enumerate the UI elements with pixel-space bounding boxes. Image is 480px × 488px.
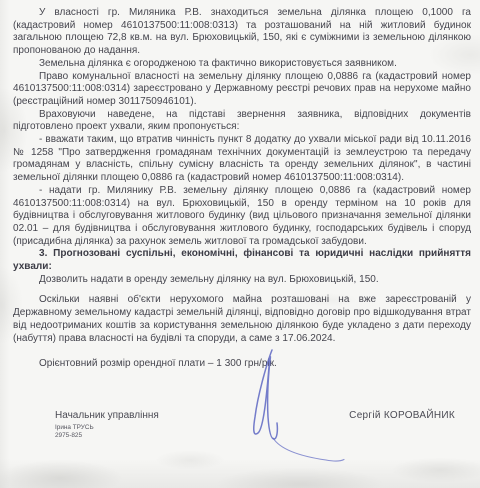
paragraph-compensation-agreement: Оскільки наявні об'єкти нерухомого майна…	[13, 294, 471, 345]
paragraph-rent-amount: Орієнтовний розмір орендної плати – 1 30…	[13, 358, 471, 371]
paragraph-consequences-heading: 3. Прогнозовані суспільні, економічні, ф…	[13, 248, 471, 273]
signature-block: Начальник управління Ірина ТРУСЬ 2975-82…	[55, 410, 455, 439]
official-title: Начальник управління	[55, 410, 159, 421]
scanned-document-page: У власності гр. Миляника Р.В. знаходитьс…	[0, 0, 480, 488]
paragraph-draft-proposal: Враховуючи наведене, на підставі звернен…	[13, 109, 471, 134]
signatory-name: Сергій КОРОВАЙНИК	[349, 410, 455, 421]
executor-name: Ірина ТРУСЬ	[55, 424, 159, 432]
paragraph-allow-lease: Дозволить надати в оренду земельну ділян…	[13, 274, 471, 287]
paragraph-ownership: У власності гр. Миляника Р.В. знаходитьс…	[13, 7, 471, 58]
paragraph-fenced-plot: Земельна ділянка є огородженою та фактич…	[13, 58, 471, 71]
document-body: У власності гр. Миляника Р.В. знаходитьс…	[13, 7, 471, 371]
signature-block-left: Начальник управління Ірина ТРУСЬ 2975-82…	[55, 410, 159, 439]
paragraph-communal-right: Право комунальної власності на земельну …	[13, 71, 471, 109]
paragraph-invalidate-clause: - вважати таким, що втратив чинність пун…	[13, 134, 471, 185]
executor-phone: 2975-825	[55, 432, 159, 440]
paragraph-grant-lease: - надати гр. Милянику Р.В. земельну діля…	[13, 185, 471, 249]
